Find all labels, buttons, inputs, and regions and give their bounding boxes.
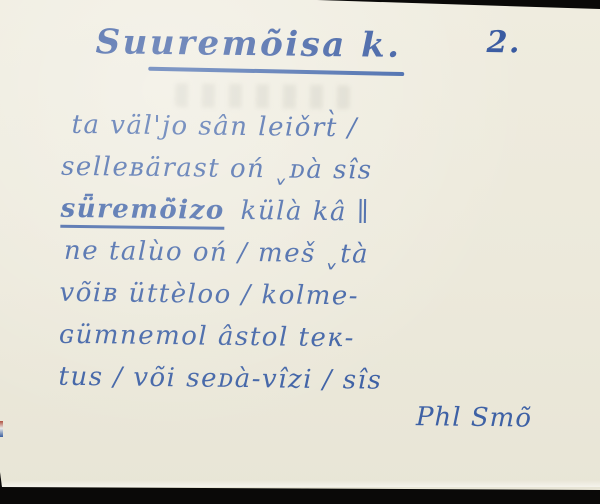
line-text: selleʙärast oń ˬᴅà sîs xyxy=(61,152,373,186)
title-underline xyxy=(148,67,404,76)
text-line: tus / või seᴅà-vîzi / sîs xyxy=(58,356,563,404)
line-text: ta väl'jo sân leiǒrt̀ / xyxy=(71,110,358,143)
edge-mark xyxy=(0,421,3,437)
text-line: ta väl'jo sân leiǒrt̀ / xyxy=(71,104,566,152)
text-line: selleʙärast oń ˬᴅà sîs xyxy=(61,146,566,194)
text-line: võiʙ üttèloo / kolme- xyxy=(59,272,564,320)
underlined-word: sǖremö̀izo xyxy=(60,194,225,230)
scan-background: Suuremõisa k. 2. ta väl'jo sân leiǒrt̀ /… xyxy=(0,0,600,504)
page-number: 2. xyxy=(486,25,521,60)
index-card: Suuremõisa k. 2. ta väl'jo sân leiǒrt̀ /… xyxy=(0,0,600,504)
line-text: võiʙ üttèloo / kolme- xyxy=(59,278,359,312)
text-line: ne talùo oń / meš ˬtà xyxy=(64,230,565,278)
line-text: külà kâ ∥ xyxy=(240,196,370,228)
handwritten-text: ta väl'jo sân leiǒrt̀ / selleʙärast oń ˬ… xyxy=(58,104,567,404)
text-line: sǖremö̀izokülà kâ ∥ xyxy=(60,188,565,236)
collection-siglum: Phl Smõ xyxy=(416,402,532,433)
line-text: ne talùo oń / meš ˬtà xyxy=(64,236,369,270)
card-title: Suuremõisa k. xyxy=(95,22,401,66)
line-text: tus / või seᴅà-vîzi / sîs xyxy=(58,362,382,396)
card-content: Suuremõisa k. 2. ta väl'jo sân leiǒrt̀ /… xyxy=(0,0,600,504)
line-text: ɢümnemol âstol teĸ- xyxy=(59,320,355,354)
paper-edge-highlight xyxy=(0,480,600,487)
text-line: ɢümnemol âstol teĸ- xyxy=(59,314,564,362)
